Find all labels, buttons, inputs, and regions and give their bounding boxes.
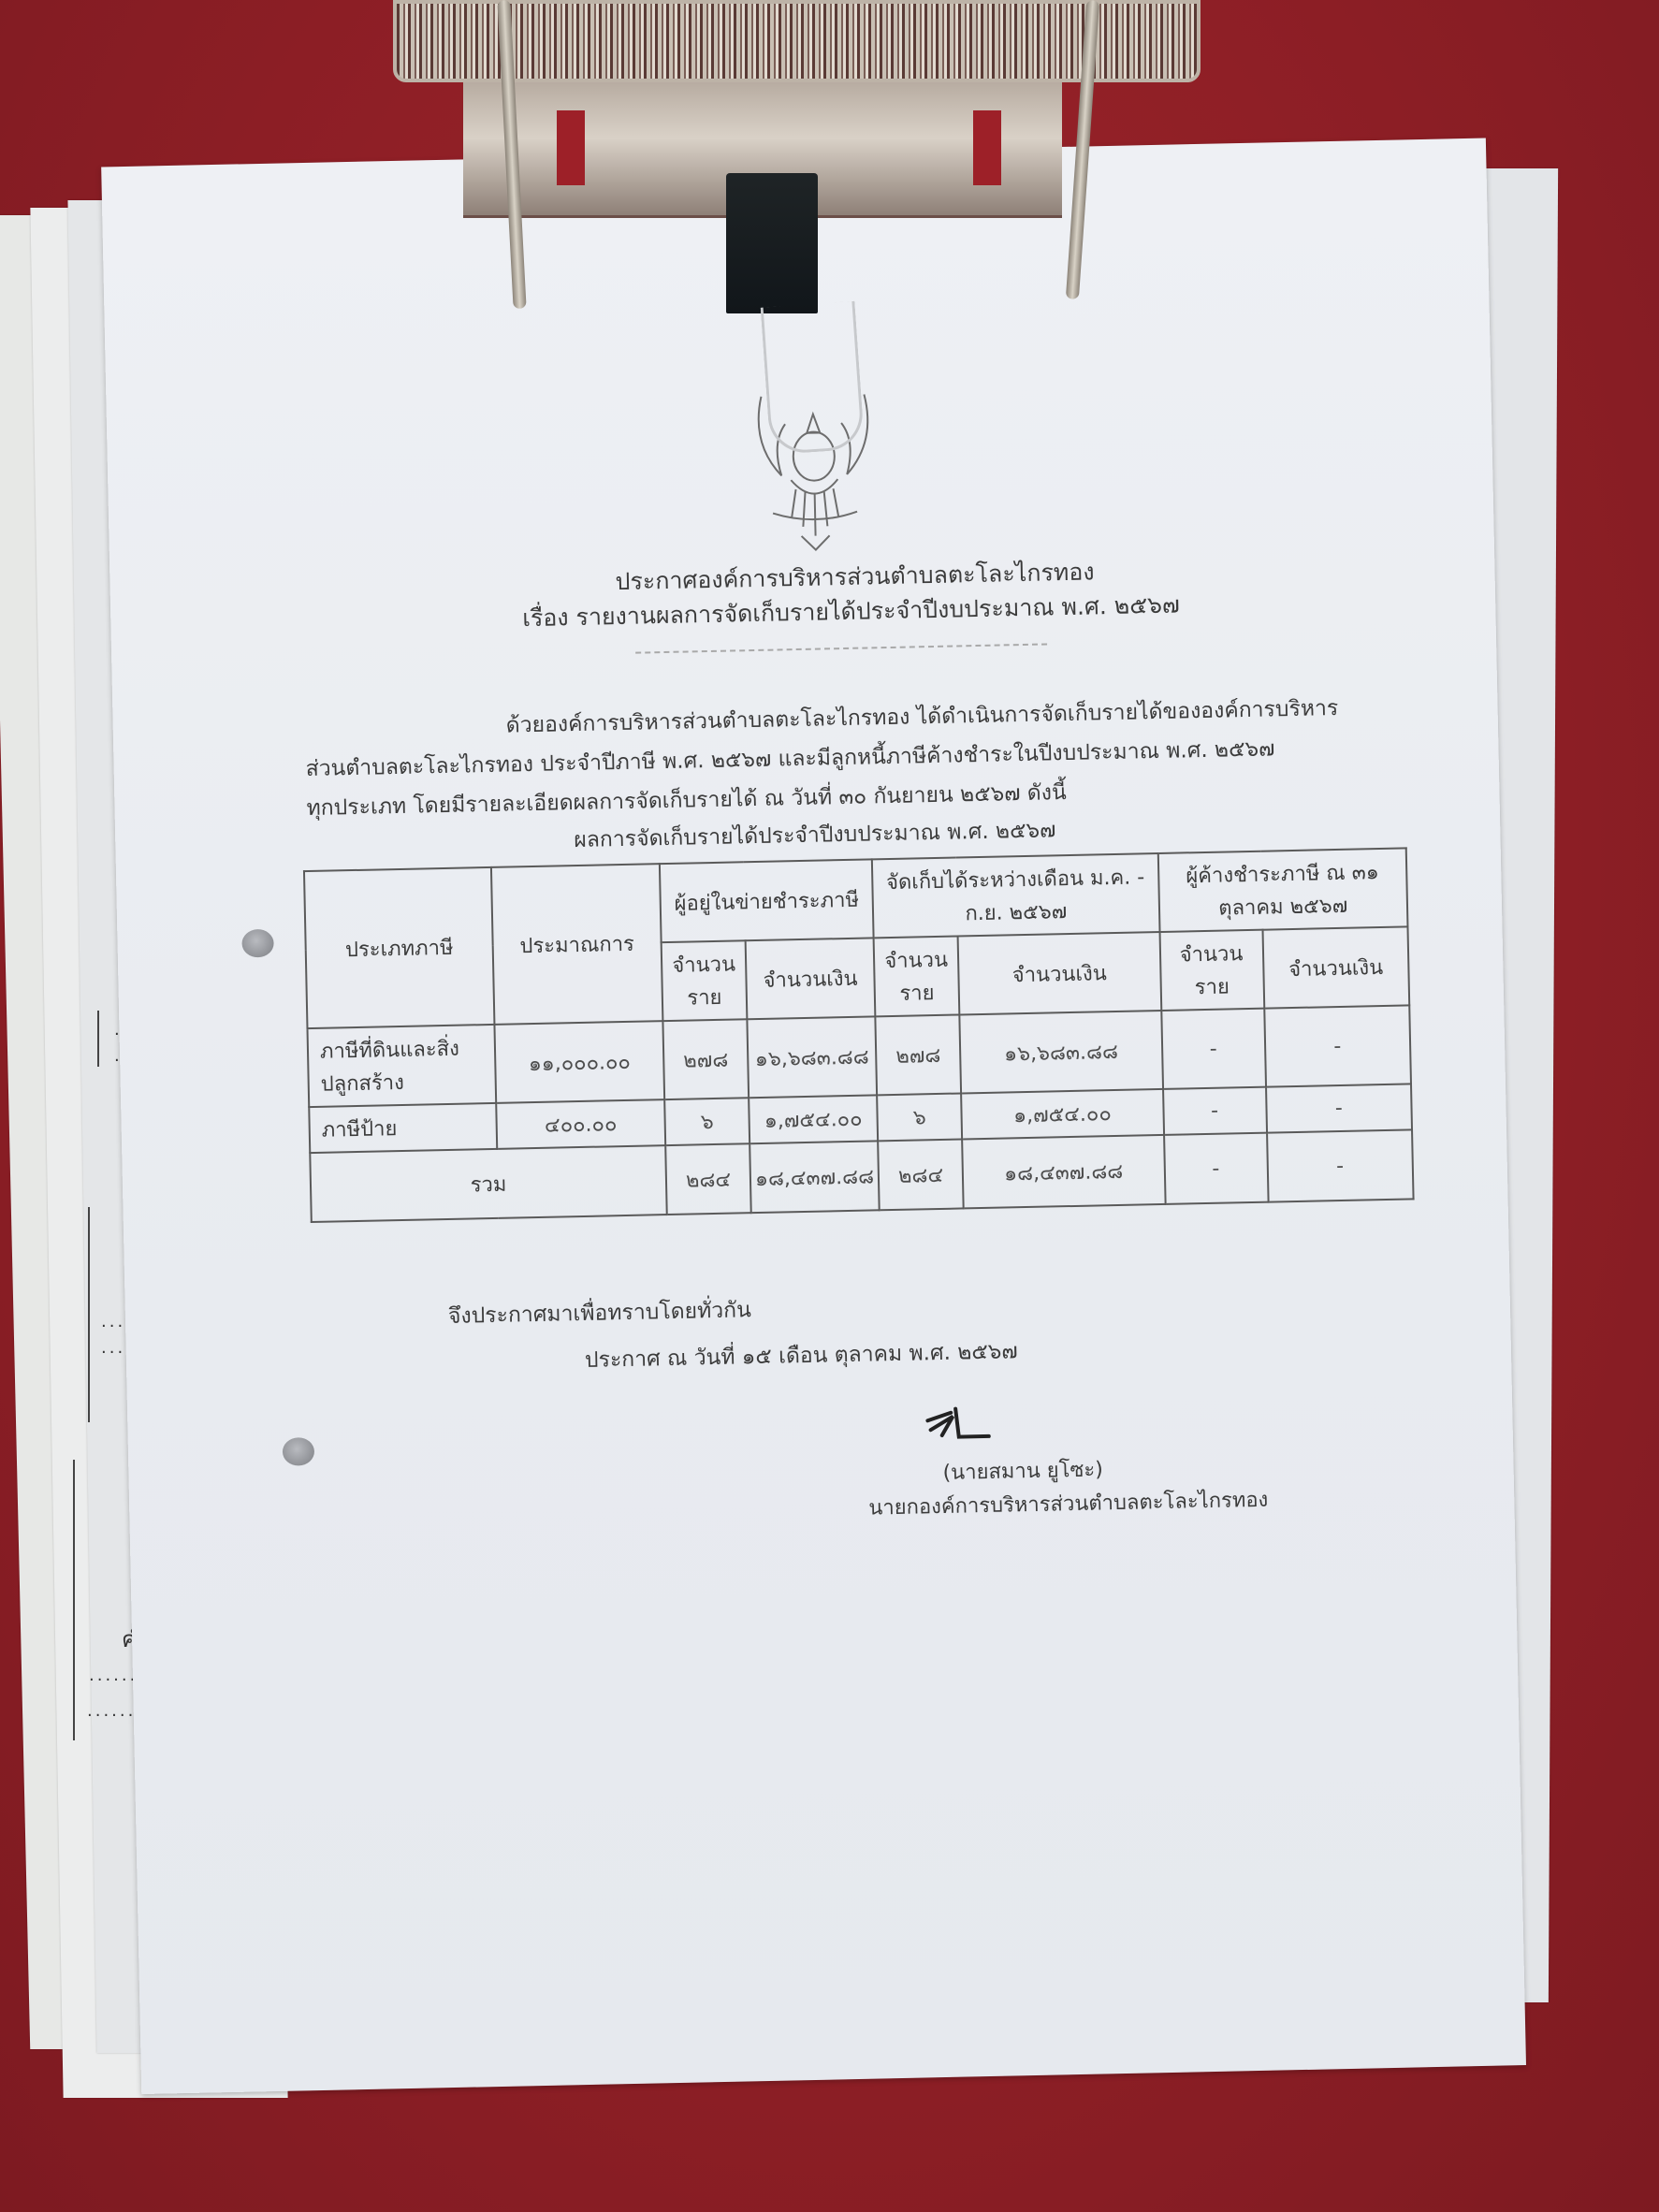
cell-estimate: ๑๑,๐๐๐.๐๐ [494, 1021, 664, 1103]
cell-total-liable-amount: ๑๘,๔๓๗.๘๘ [749, 1141, 880, 1213]
header-collected: จัดเก็บได้ระหว่างเดือน ม.ค. - ก.ย. ๒๕๖๗ [872, 853, 1159, 938]
back-page-rule [88, 1207, 90, 1422]
punch-hole [241, 929, 274, 958]
title-divider [635, 643, 1047, 653]
header-amount: จำนวนเงิน [746, 938, 876, 1019]
binder-clip[interactable] [726, 173, 818, 313]
cell-collected-amount: ๑,๗๕๔.๐๐ [961, 1089, 1163, 1140]
header-amount: จำนวนเงิน [1262, 926, 1409, 1008]
cell-total-outstanding-amount: - [1267, 1129, 1414, 1201]
cell-outstanding-count: - [1161, 1009, 1266, 1089]
body-text-line: ส่วนตำบลตะโละไกรทอง ประจำปีภาษี พ.ศ. ๒๕๖… [305, 732, 1274, 786]
header-tax-type: ประเภทภาษี [304, 867, 494, 1028]
cell-total-collected-count: ๒๘๔ [878, 1139, 964, 1210]
cell-tax-type: ภาษีที่ดินและสิ่งปลูกสร้าง [307, 1025, 496, 1107]
cell-liable-amount: ๑๖,๖๘๓.๘๘ [747, 1016, 877, 1098]
cell-outstanding-amount: - [1266, 1084, 1412, 1132]
revenue-table: ประเภทภาษี ประมาณการ ผู้อยู่ในข่ายชำระภา… [303, 847, 1415, 1223]
cell-estimate: ๔๐๐.๐๐ [496, 1099, 665, 1149]
cell-total-collected-amount: ๑๘,๔๓๗.๘๘ [962, 1135, 1165, 1208]
header-outstanding: ผู้ค้างชำระภาษี ณ ๓๑ ตุลาคม ๒๕๖๗ [1157, 848, 1407, 932]
cell-collected-count: ๒๗๘ [875, 1014, 961, 1095]
header-estimate: ประมาณการ [491, 864, 662, 1025]
header-count: จำนวนราย [1159, 930, 1264, 1011]
punch-hole [283, 1437, 315, 1466]
table-title: ผลการจัดเก็บรายได้ประจำปีงบประมาณ พ.ศ. ๒… [574, 813, 1056, 857]
header-count: จำนวนราย [662, 940, 748, 1021]
clip-slot [557, 110, 585, 185]
cell-liable-count: ๖ [664, 1098, 749, 1145]
signer-name: (นายสมาน ยูโซะ) [942, 1452, 1103, 1489]
cell-collected-count: ๖ [877, 1093, 962, 1141]
back-page-rule [73, 1460, 75, 1740]
signature-icon [923, 1403, 998, 1451]
signer-title: นายกองค์การบริหารส่วนตำบลตะโละไกรทอง [868, 1483, 1269, 1524]
cell-collected-amount: ๑๖,๖๘๓.๘๘ [959, 1011, 1162, 1093]
back-page-rule [97, 1011, 99, 1067]
cell-total-outstanding-count: - [1164, 1133, 1269, 1204]
cell-liable-count: ๒๗๘ [662, 1019, 749, 1099]
cell-outstanding-amount: - [1264, 1005, 1411, 1086]
header-count: จำนวนราย [874, 937, 960, 1017]
announcement-date: ประกาศ ณ วันที่ ๑๕ เดือน ตุลาคม พ.ศ. ๒๕๖… [585, 1334, 1018, 1377]
cell-total-liable-count: ๒๘๔ [665, 1143, 751, 1215]
binder-clip-wire[interactable] [761, 301, 866, 456]
cell-tax-type: ภาษีป้าย [309, 1103, 497, 1153]
clip-slot [973, 110, 1001, 185]
header-liable: ผู้อยู่ในข่ายชำระภาษี [660, 859, 874, 942]
header-amount: จำนวนเงิน [958, 932, 1161, 1014]
closing-statement: จึงประกาศมาเพื่อทราบโดยทั่วกัน [448, 1293, 752, 1333]
cell-total-label: รวม [310, 1145, 666, 1222]
cell-outstanding-count: - [1163, 1087, 1267, 1135]
clipboard-clip[interactable] [393, 0, 1201, 82]
cell-liable-amount: ๑,๗๕๔.๐๐ [749, 1095, 878, 1143]
